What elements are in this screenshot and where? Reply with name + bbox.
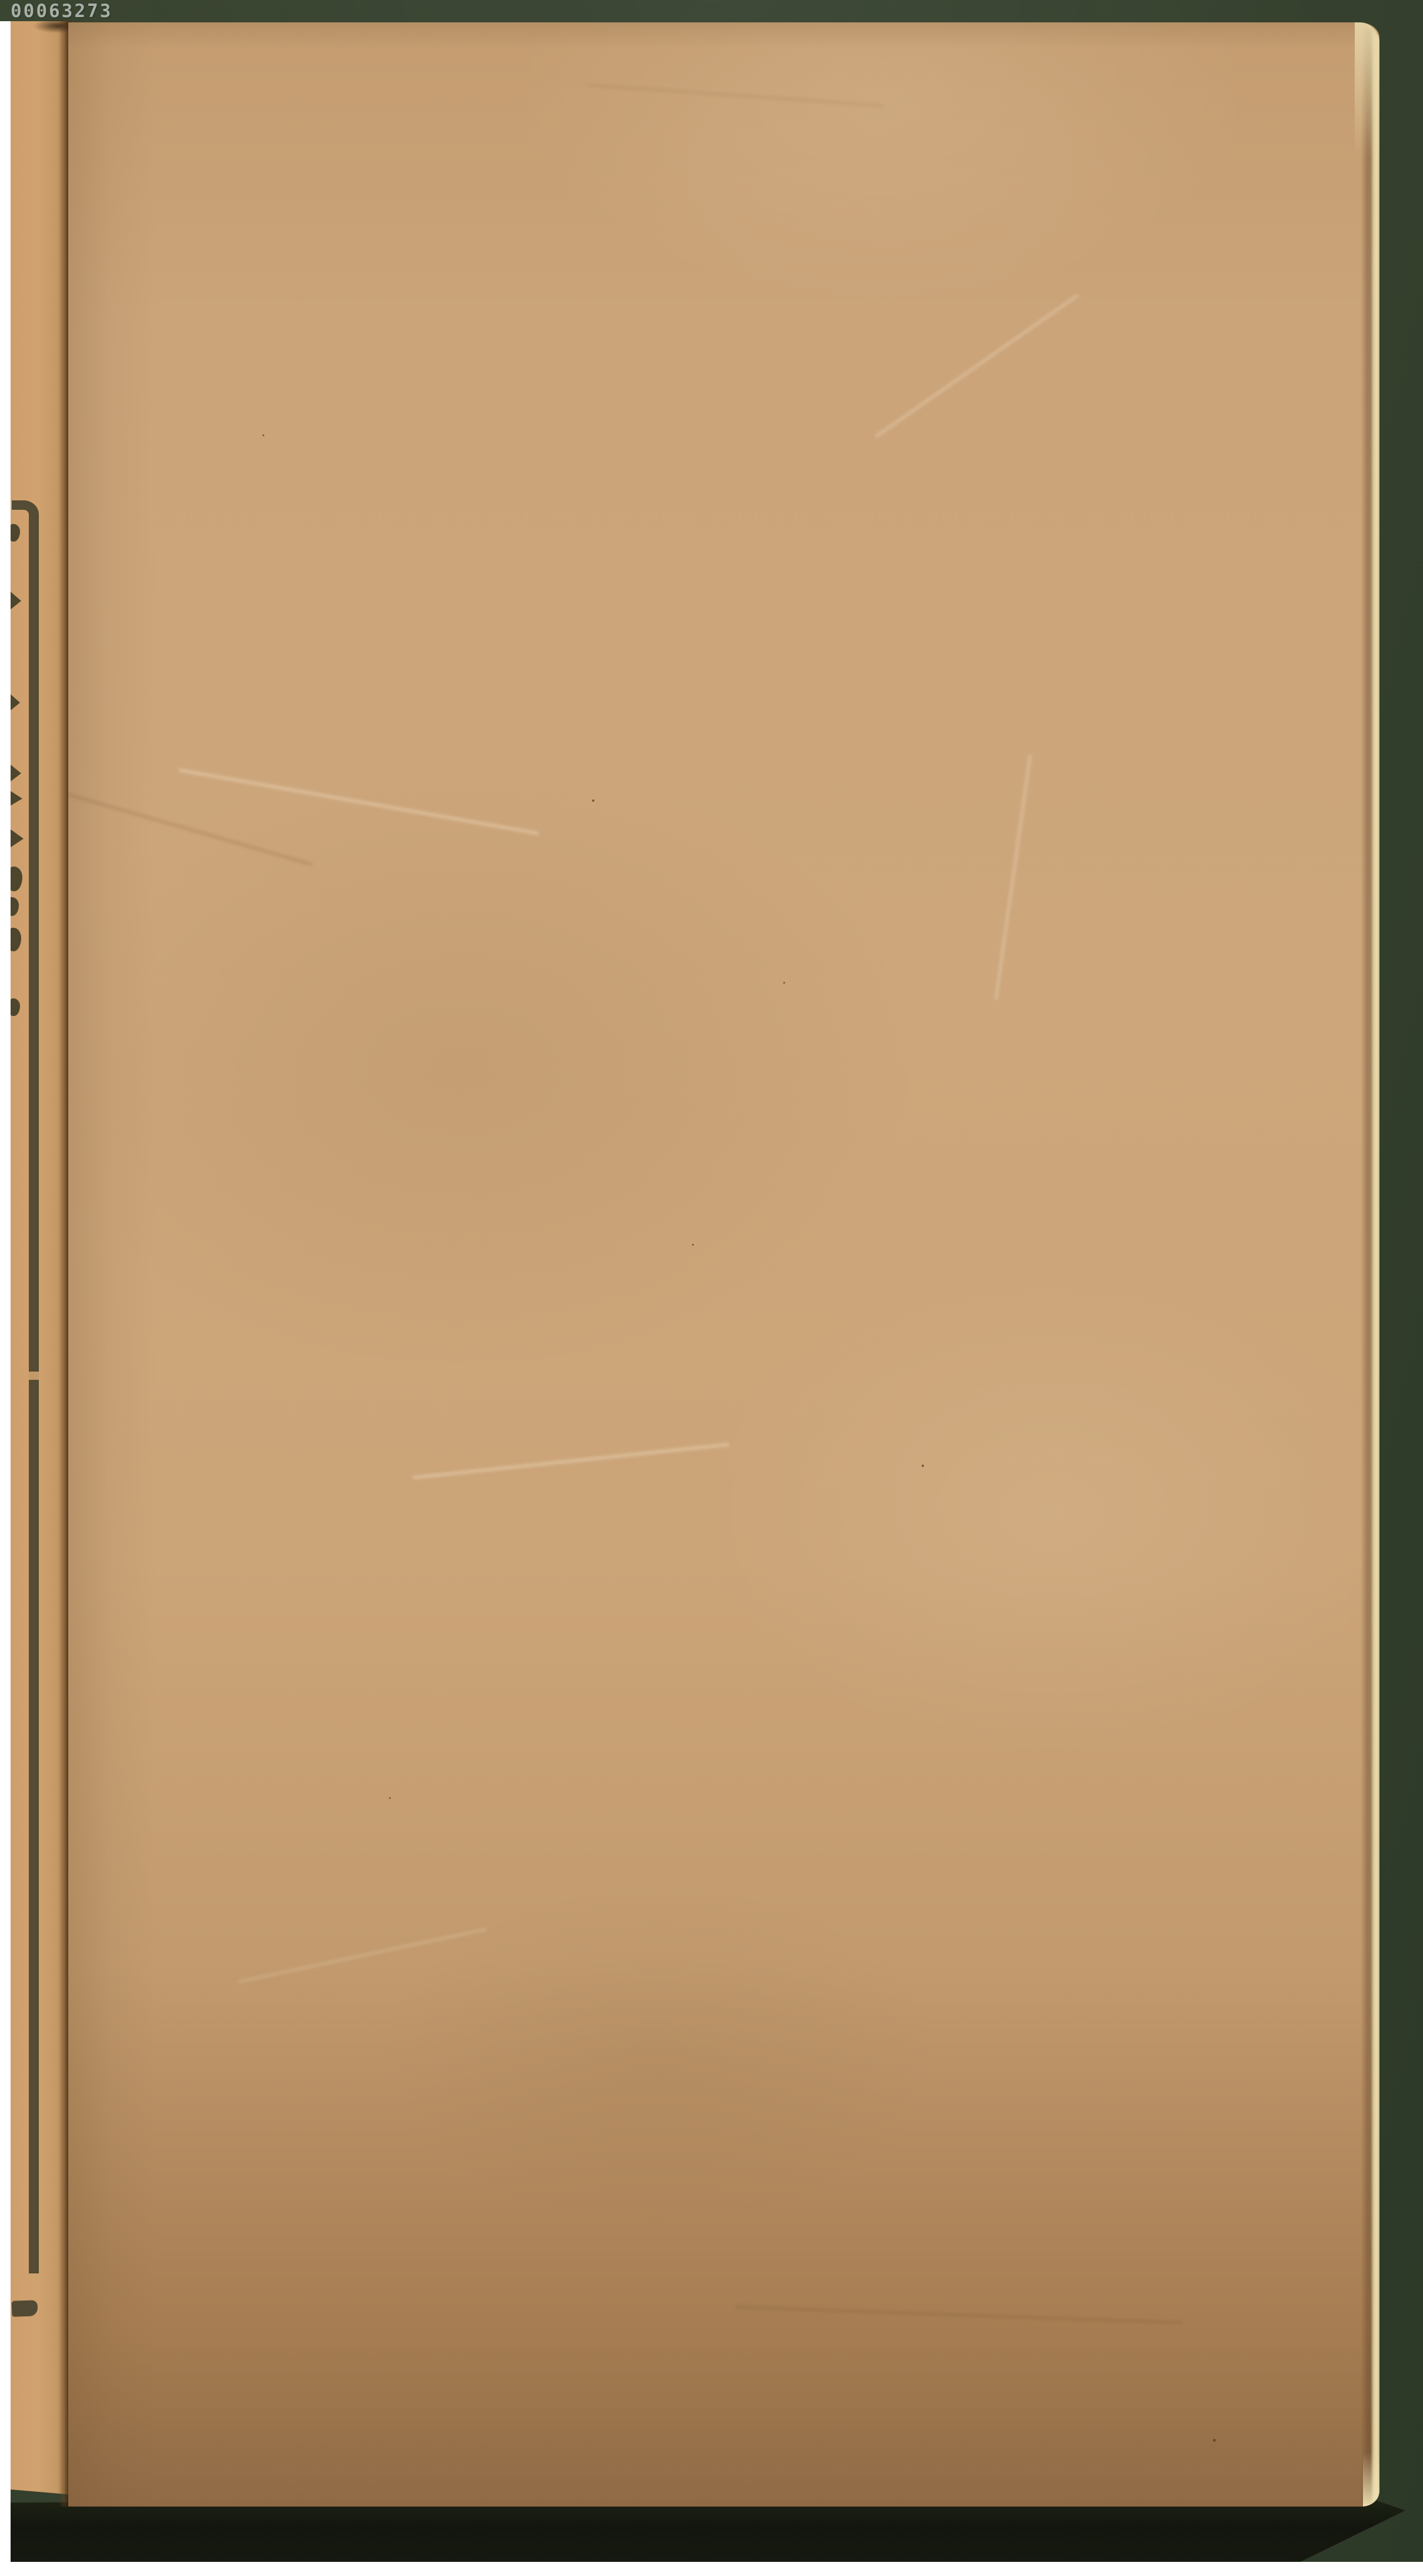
paper-speck [692,1244,694,1246]
wrinkle-highlight [179,769,538,835]
wrinkle-shadow [68,785,312,866]
paper-speck [592,799,594,802]
wrinkle-highlight [413,1443,729,1479]
paper-speck [262,434,264,436]
wrinkle-highlight [995,755,1031,1000]
scan-id-watermark: 00063273 [11,1,112,22]
paper-specks-layer [68,22,1379,2507]
scan-margin-left [0,21,11,2576]
wrinkle-highlight [238,1928,486,1983]
paper-speck [783,982,785,984]
previous-page-frame-corner [12,2300,38,2317]
scan-margin-bottom [0,2562,1423,2576]
book-page [68,22,1379,2507]
scan-canvas: 00063273 [0,0,1423,2576]
wrinkle-shadow [736,2306,1183,2325]
wrinkle-shadow [589,84,882,107]
page-corner-top-right [1355,22,1379,158]
paper-speck [1213,2439,1216,2442]
wrinkle-highlight [875,294,1079,437]
previous-page-frame-border [12,500,39,2273]
paper-speck [922,1465,924,1467]
frame-border-break [28,1372,41,1380]
fore-edge-highlight [1361,27,1379,2504]
paper-speck [389,1797,391,1799]
page-corner-bottom-right [1363,2452,1379,2507]
